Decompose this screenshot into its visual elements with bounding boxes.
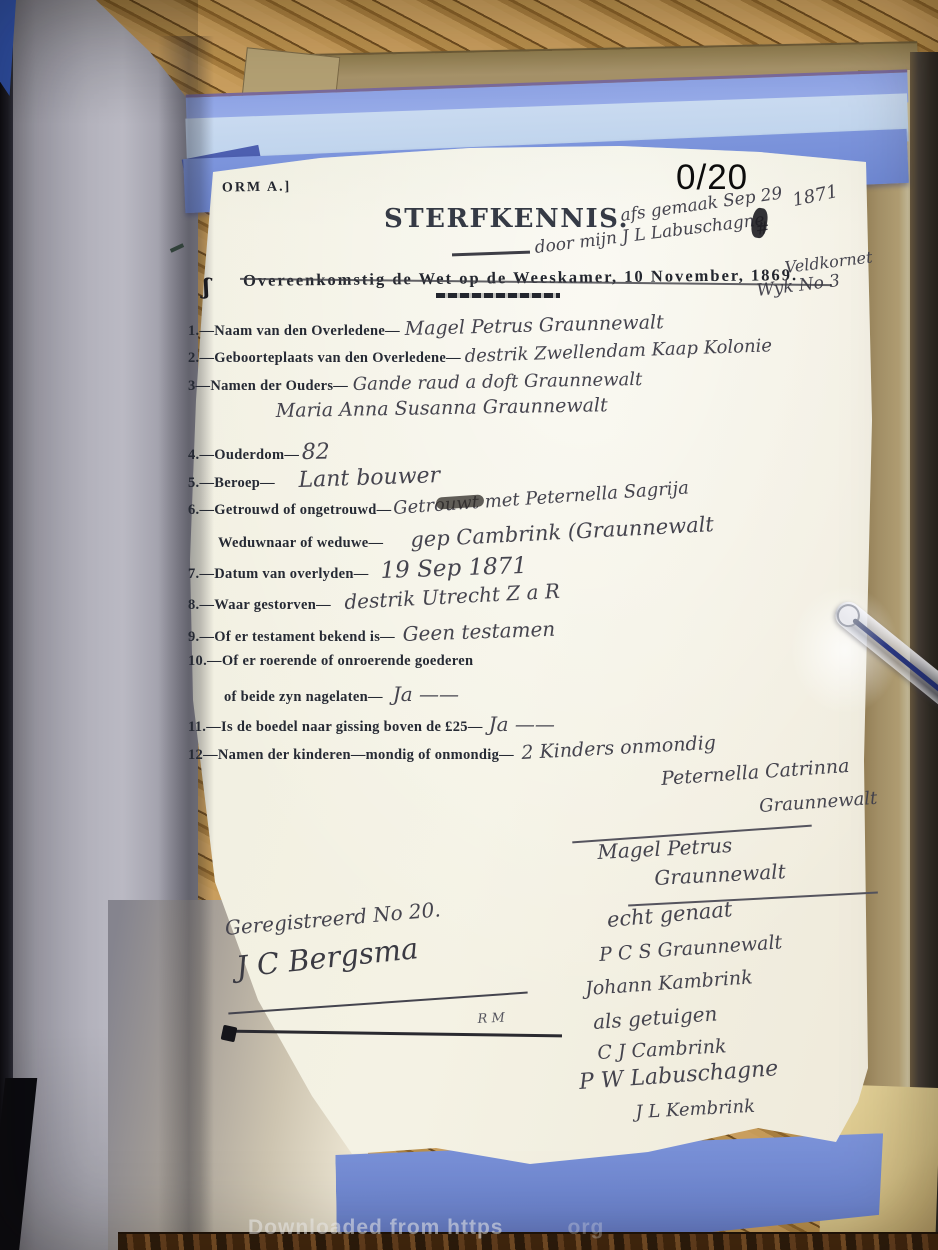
form-item-row: 10.—Of er roerende of onroerende goedere… bbox=[188, 652, 473, 670]
form-item-row: 11.—Is de boedel naar gissing boven de £… bbox=[188, 712, 555, 736]
item-label: 11.—Is de boedel naar gissing boven de £… bbox=[188, 719, 483, 735]
form-item-row: 3—Namen der Ouders—Gande raud a doft Gra… bbox=[188, 374, 643, 395]
form-series-label: ORM A.] bbox=[222, 179, 291, 196]
item-label: 1.—Naam van den Overledene— bbox=[188, 323, 400, 339]
item-label: 10.—Of er roerende of onroerende goedere… bbox=[188, 653, 473, 669]
registrar-initials: R M bbox=[477, 1011, 505, 1027]
item-label: of beide zyn nagelaten— bbox=[224, 689, 383, 705]
watermark-text: Downloaded from https bbox=[248, 1216, 504, 1239]
item-answer: Magel Petrus Graunnewalt bbox=[404, 311, 664, 340]
item-answer: Lant bouwer bbox=[298, 463, 440, 493]
item-label: 3—Namen der Ouders— bbox=[188, 378, 348, 394]
form-item-row: 2.—Geboorteplaats van den Overledene—des… bbox=[188, 346, 772, 367]
item-label: 2.—Geboorteplaats van den Overledene— bbox=[188, 350, 461, 366]
item-label: 6.—Getrouwd of ongetrouwd— bbox=[188, 502, 391, 518]
item-label: 8.—Waar gestorven— bbox=[188, 597, 331, 613]
item-label: 5.—Beroep— bbox=[188, 475, 275, 491]
form-item-row: Weduwnaar of weduwe—gep Cambrink (Graunn… bbox=[188, 528, 715, 552]
item-answer: Maria Anna Susanna Graunnewalt bbox=[276, 394, 608, 422]
watermark-text-tail: org bbox=[568, 1216, 605, 1239]
item-label: 4.—Ouderdom— bbox=[188, 447, 299, 463]
form-items: 1.—Naam van den Overledene—Magel Petrus … bbox=[188, 312, 898, 782]
form-item-row: 7.—Datum van overlyden—19 Sep 1871 bbox=[188, 558, 527, 584]
item-label: Weduwnaar of weduwe— bbox=[218, 535, 383, 551]
item-answer: 19 Sep 1871 bbox=[380, 553, 527, 584]
book-spine-edge bbox=[0, 0, 13, 1250]
item-answer: destrik Zwellendam Kaap Kolonie bbox=[464, 335, 772, 367]
page-counter-overlay: 0/20 bbox=[676, 158, 748, 198]
item-label: 12—Namen der kinderen—mondig of onmondig… bbox=[188, 747, 514, 763]
form-item-row: 1.—Naam van den Overledene—Magel Petrus … bbox=[188, 318, 664, 340]
item-answer: 2 Kinders onmondig bbox=[521, 732, 717, 764]
item-answer: destrik Utrecht Z a R bbox=[344, 579, 561, 614]
item-answer: 82 bbox=[302, 440, 330, 465]
form-title: STERFKENNIS. bbox=[384, 204, 629, 234]
form-item-row: 4.—Ouderdom—82 bbox=[188, 440, 330, 465]
document-photo: ORM A.] STERFKENNIS. Overeenkomstig de W… bbox=[0, 0, 938, 1250]
subtitle-underline bbox=[436, 293, 560, 298]
item-label: 9.—Of er testament bekend is— bbox=[188, 629, 395, 645]
item-label: 7.—Datum van overlyden— bbox=[188, 566, 369, 582]
item-answer: Geen testamen bbox=[402, 617, 555, 646]
item-answer: Ja —— bbox=[393, 682, 459, 706]
form-item-row: Maria Anna Susanna Graunnewalt bbox=[188, 400, 608, 422]
form-item-row: of beide zyn nagelaten—Ja —— bbox=[188, 682, 459, 706]
download-watermark: Downloaded from httpsorg bbox=[248, 1216, 604, 1240]
item-answer: Gande raud a doft Graunnewalt bbox=[353, 369, 643, 395]
form-item-row: 5.—Beroep—Lant bouwer bbox=[188, 468, 441, 493]
form-item-row: 12—Namen der kinderen—mondig of onmondig… bbox=[188, 742, 717, 764]
form-item-row: 9.—Of er testament bekend is—Geen testam… bbox=[188, 622, 556, 646]
form-item-row: 8.—Waar gestorven—destrik Utrecht Z a R bbox=[188, 590, 561, 614]
item-answer: Ja —— bbox=[489, 712, 555, 736]
